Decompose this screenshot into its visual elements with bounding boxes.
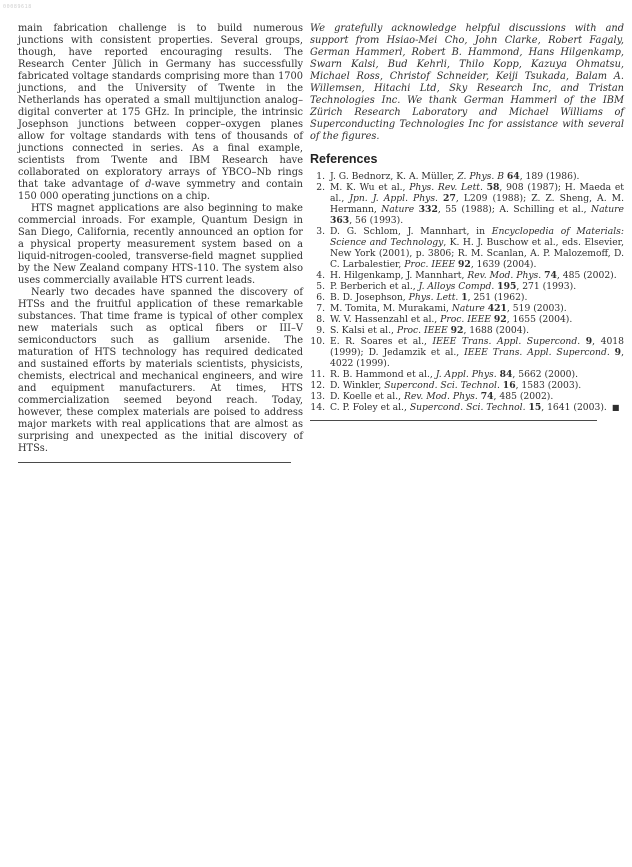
two-column-layout: main fabrication challenge is to build n… [18,23,624,463]
reference-text: H. Hilgenkamp, J. Mannhart, Rev. Mod. Ph… [330,270,617,281]
text-segment: Proc. IEEE [397,325,448,336]
body-paragraph: HTS magnet applications are also beginni… [18,203,303,287]
reference-number: 4. [310,270,325,281]
reference-number: 14. [310,402,325,413]
text-segment: C. P. Foley et al., [330,402,410,413]
text-segment: , 251 (1962). [468,292,528,303]
reference-number: 9. [310,325,325,336]
reference-item: 11. R. B. Hammond et al., J. Appl. Phys.… [310,369,624,380]
right-column: We gratefully acknowledge helpful discus… [310,23,624,421]
reference-item: 8. W. V. Hassenzahl et al., Proc. IEEE 9… [310,314,624,325]
text-segment: Supercond. Sci. Technol. [384,380,500,391]
text-segment: 421 [488,303,507,314]
text-segment: 15 [528,402,541,413]
text-segment: 363 [330,215,349,226]
reference-text: J. G. Bednorz, K. A. Müller, Z. Phys. B … [330,171,579,182]
text-segment: IEEE Trans. Appl. Supercond. [464,347,610,358]
text-segment: main fabrication challenge is to build n… [18,23,303,190]
text-segment: , 1639 (2004). [471,259,537,270]
reference-text: W. V. Hassenzahl et al., Proc. IEEE 92, … [330,314,572,325]
text-segment: D. G. Schlom, J. Mannhart, in [330,226,492,237]
text-segment: , 485 (2002). [557,270,617,281]
text-segment: , 271 (1993). [516,281,576,292]
end-of-article-marker: ■ [612,403,620,412]
text-segment: W. V. Hassenzahl et al., [330,314,440,325]
text-segment: H. Hilgenkamp, J. Mannhart, [330,270,467,281]
text-segment: , 1655 (2004). [507,314,573,325]
text-segment: 332 [419,204,438,215]
text-segment: Supercond. Sci. Technol. [410,402,526,413]
reference-text: R. B. Hammond et al., J. Appl. Phys. 84,… [330,369,578,380]
text-segment: IEEE Trans. Appl. Supercond. [433,336,581,347]
text-segment: , 189 (1986). [520,171,580,182]
reference-number: 13. [310,391,325,402]
text-segment: 84 [500,369,513,380]
text-segment: , 56 (1993). [349,215,403,226]
reference-text: C. P. Foley et al., Supercond. Sci. Tech… [330,402,619,413]
reference-number: 5. [310,281,325,292]
reference-text: E. R. Soares et al., IEEE Trans. Appl. S… [330,336,624,369]
text-segment: Rev. Mod. Phys. [467,270,541,281]
reference-text: D. Koelle et al., Rev. Mod. Phys. 74, 48… [330,391,553,402]
reference-item: 12. D. Winkler, Supercond. Sci. Technol.… [310,380,624,391]
text-segment: J. G. Bednorz, K. A. Müller, [330,171,457,182]
reference-number: 6. [310,292,325,303]
text-segment: , 485 (2002). [494,391,554,402]
text-segment: 195 [497,281,516,292]
reference-item: 3. D. G. Schlom, J. Mannhart, in Encyclo… [310,226,624,270]
text-segment: 92 [451,325,464,336]
reference-item: 14. C. P. Foley et al., Supercond. Sci. … [310,402,624,413]
text-segment: Nature [381,204,414,215]
text-segment: 27 [443,193,456,204]
references-list: 1. J. G. Bednorz, K. A. Müller, Z. Phys.… [310,171,624,413]
reference-item: 2. M. K. Wu et al., Phys. Rev. Lett. 58,… [310,182,624,226]
body-paragraphs: main fabrication challenge is to build n… [18,23,303,455]
text-segment: Z. Phys. B [457,171,504,182]
text-segment: 74 [544,270,557,281]
text-segment: 92 [494,314,507,325]
text-segment: 58 [487,182,500,193]
text-segment: B. D. Josephson, [330,292,409,303]
reference-text: M. K. Wu et al., Phys. Rev. Lett. 58, 90… [330,182,624,226]
text-segment: HTS magnet applications are also beginni… [18,203,303,286]
text-segment: Phys. Rev. Lett. [409,182,483,193]
text-segment: Nature [452,303,485,314]
reference-text: S. Kalsi et al., Proc. IEEE 92, 1688 (20… [330,325,529,336]
text-segment: D. Koelle et al., [330,391,404,402]
text-segment: R. B. Hammond et al., [330,369,436,380]
text-segment: Phys. Lett. [409,292,459,303]
reference-number: 8. [310,314,325,325]
acknowledgment-paragraph: We gratefully acknowledge helpful discus… [310,23,624,143]
column-rule-left [18,462,291,463]
left-column: main fabrication challenge is to build n… [18,23,303,463]
reference-number: 1. [310,171,325,182]
text-segment: 92 [458,259,471,270]
text-segment: P. Berberich et al., [330,281,419,292]
article-page: 00089618 main fabrication challenge is t… [0,0,632,867]
text-segment: Nature [591,204,624,215]
text-segment: , 55 (1988); A. Schilling et al., [438,204,591,215]
text-segment: 16 [503,380,516,391]
text-segment: S. Kalsi et al., [330,325,397,336]
reference-text: D. Winkler, Supercond. Sci. Technol. 16,… [330,380,581,391]
body-paragraph: main fabrication challenge is to build n… [18,23,303,203]
reference-item: 10. E. R. Soares et al., IEEE Trans. App… [310,336,624,369]
reference-number: 2. [310,182,325,193]
text-segment: , 1688 (2004). [463,325,529,336]
text-segment: Proc. IEEE [440,314,491,325]
text-segment: , 1583 (2003). [516,380,582,391]
reference-number: 11. [310,369,325,380]
text-segment: , 5662 (2000). [512,369,578,380]
reference-text: D. G. Schlom, J. Mannhart, in Encycloped… [330,226,624,270]
reference-item: 13. D. Koelle et al., Rev. Mod. Phys. 74… [310,391,624,402]
text-segment: J. Alloys Compd. [419,281,495,292]
body-paragraph: Nearly two decades have spanned the disc… [18,287,303,455]
text-segment: M. Tomita, M. Murakami, [330,303,452,314]
reference-number: 3. [310,226,325,237]
reference-item: 1. J. G. Bednorz, K. A. Müller, Z. Phys.… [310,171,624,182]
text-segment: Rev. Mod. Phys. [404,391,478,402]
reference-item: 6. B. D. Josephson, Phys. Lett. 1, 251 (… [310,292,624,303]
reference-text: B. D. Josephson, Phys. Lett. 1, 251 (196… [330,292,527,303]
reference-text: P. Berberich et al., J. Alloys Compd. 19… [330,281,576,292]
reference-number: 7. [310,303,325,314]
reference-item: 9. S. Kalsi et al., Proc. IEEE 92, 1688 … [310,325,624,336]
text-segment: , 519 (2003). [507,303,567,314]
text-segment: D. Winkler, [330,380,384,391]
reference-item: 7. M. Tomita, M. Murakami, Nature 421, 5… [310,303,624,314]
reference-item: 4. H. Hilgenkamp, J. Mannhart, Rev. Mod.… [310,270,624,281]
text-segment: 74 [481,391,494,402]
reference-text: M. Tomita, M. Murakami, Nature 421, 519 … [330,303,567,314]
text-segment: Nearly two decades have spanned the disc… [18,287,303,454]
text-segment: Proc. IEEE [404,259,455,270]
doc-id-watermark: 00089618 [3,4,32,10]
text-segment: J. Appl. Phys. [436,369,497,380]
text-segment: 64 [507,171,520,182]
reference-item: 5. P. Berberich et al., J. Alloys Compd.… [310,281,624,292]
text-segment: E. R. Soares et al., [330,336,433,347]
text-segment: M. K. Wu et al., [330,182,409,193]
text-segment: , 1641 (2003). [541,402,607,413]
text-segment: Jpn. J. Appl. Phys. [349,193,438,204]
references-heading: References [310,152,624,166]
reference-number: 10. [310,336,325,347]
column-rule-right [310,420,597,421]
reference-number: 12. [310,380,325,391]
